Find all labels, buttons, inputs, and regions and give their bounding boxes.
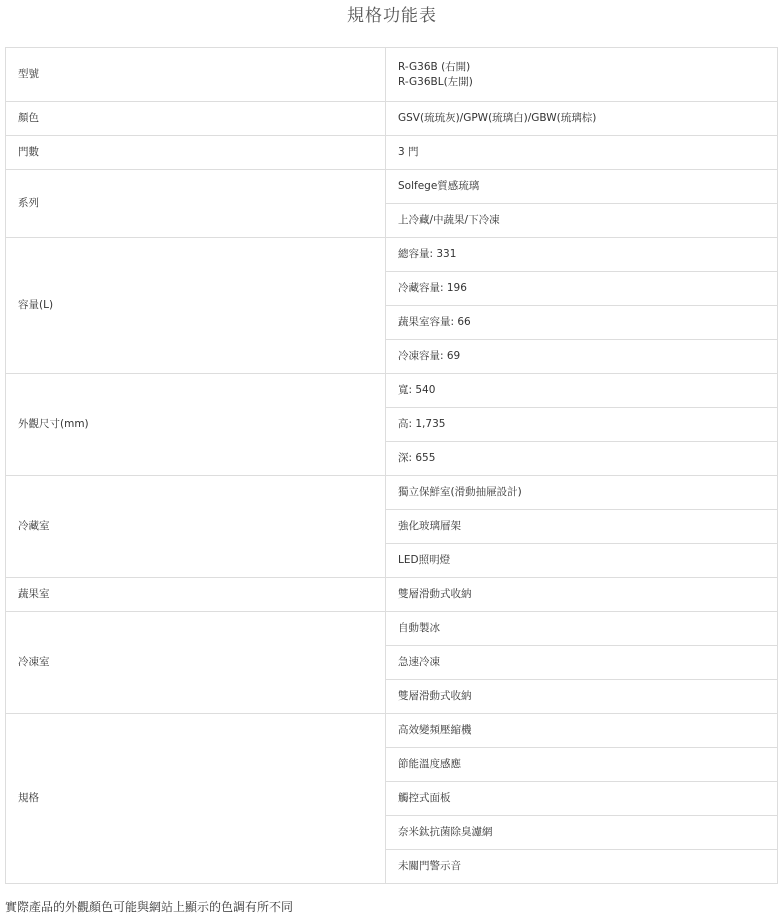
- spec-label-doors: 門數: [6, 136, 386, 170]
- spec-value-capacity: 冷凍容量: 69: [386, 340, 778, 374]
- table-row-capacity: 容量(L) 總容量: 331: [6, 238, 778, 272]
- table-row-dimensions: 外觀尺寸(mm) 寬: 540: [6, 374, 778, 408]
- spec-value-freezer: 自動製冰: [386, 612, 778, 646]
- spec-label-model: 型號: [6, 48, 386, 102]
- spec-value-fridge: 強化玻璃層架: [386, 510, 778, 544]
- spec-label-vegetable: 蔬果室: [6, 578, 386, 612]
- spec-label-capacity: 容量(L): [6, 238, 386, 374]
- table-row-doors: 門數 3 門: [6, 136, 778, 170]
- spec-label-freezer: 冷凍室: [6, 612, 386, 714]
- spec-label-color: 顏色: [6, 102, 386, 136]
- spec-value-freezer: 急速冷凍: [386, 646, 778, 680]
- spec-value-capacity: 總容量: 331: [386, 238, 778, 272]
- spec-value-series: Solfege質感琉璃: [386, 170, 778, 204]
- table-row-series: 系列 Solfege質感琉璃: [6, 170, 778, 204]
- spec-value-fridge: LED照明燈: [386, 544, 778, 578]
- model-right-open: R-G36B (右開): [398, 60, 777, 75]
- spec-value-color: GSV(琉琉灰)/GPW(琉璃白)/GBW(琉璃棕): [386, 102, 778, 136]
- table-row-model: 型號 R-G36B (右開) R-G36BL(左開): [6, 48, 778, 102]
- spec-value-dimensions: 高: 1,735: [386, 408, 778, 442]
- spec-value-features: 未關門警示音: [386, 850, 778, 884]
- spec-value-capacity: 蔬果室容量: 66: [386, 306, 778, 340]
- spec-value-dimensions: 深: 655: [386, 442, 778, 476]
- spec-value-series: 上冷藏/中蔬果/下冷凍: [386, 204, 778, 238]
- spec-label-dimensions: 外觀尺寸(mm): [6, 374, 386, 476]
- spec-value-features: 奈米鈦抗菌除臭濾網: [386, 816, 778, 850]
- table-row-color: 顏色 GSV(琉琉灰)/GPW(琉璃白)/GBW(琉璃棕): [6, 102, 778, 136]
- spec-value-model: R-G36B (右開) R-G36BL(左開): [386, 48, 778, 102]
- spec-value-dimensions: 寬: 540: [386, 374, 778, 408]
- table-row-vegetable: 蔬果室 雙層滑動式收納: [6, 578, 778, 612]
- table-row-freezer: 冷凍室 自動製冰: [6, 612, 778, 646]
- table-row-features: 規格 高效變頻壓縮機: [6, 714, 778, 748]
- spec-value-capacity: 冷藏容量: 196: [386, 272, 778, 306]
- spec-table: 型號 R-G36B (右開) R-G36BL(左開) 顏色 GSV(琉琉灰)/G…: [5, 47, 778, 884]
- spec-value-features: 節能溫度感應: [386, 748, 778, 782]
- model-left-open: R-G36BL(左開): [398, 75, 777, 90]
- spec-label-fridge: 冷藏室: [6, 476, 386, 578]
- table-row-fridge: 冷藏室 獨立保鮮室(滑動抽屜設計): [6, 476, 778, 510]
- spec-value-vegetable: 雙層滑動式收納: [386, 578, 778, 612]
- spec-value-features: 高效變頻壓縮機: [386, 714, 778, 748]
- spec-label-features: 規格: [6, 714, 386, 884]
- color-disclaimer: 實際產品的外觀顏色可能與網站上顯示的色調有所不同: [5, 898, 293, 915]
- spec-label-series: 系列: [6, 170, 386, 238]
- spec-value-fridge: 獨立保鮮室(滑動抽屜設計): [386, 476, 778, 510]
- page-title: 規格功能表: [0, 4, 784, 28]
- spec-value-doors: 3 門: [386, 136, 778, 170]
- spec-value-freezer: 雙層滑動式收納: [386, 680, 778, 714]
- spec-value-features: 觸控式面板: [386, 782, 778, 816]
